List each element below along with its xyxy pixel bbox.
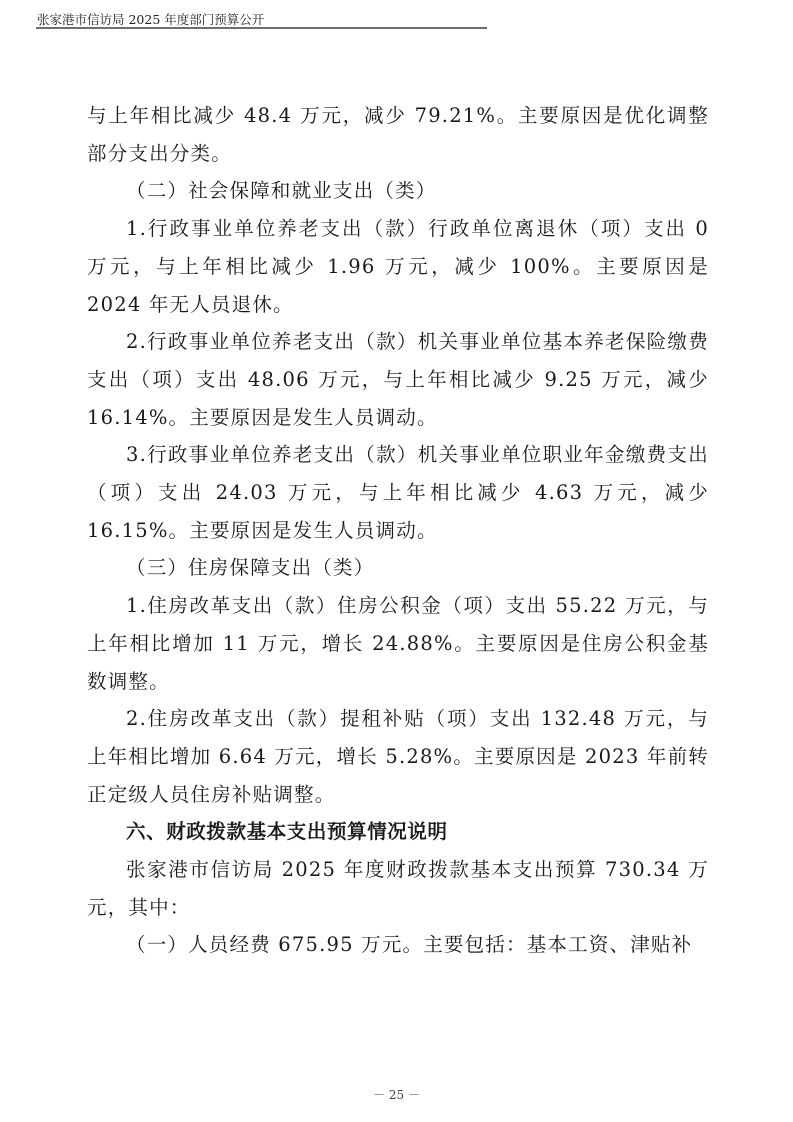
document-body: 与上年相比减少 48.4 万元，减少 79.21%。主要原因是优化调整部分支出分… <box>87 97 709 964</box>
paragraph-retirement: 1.行政事业单位养老支出（款）行政单位离退休（项）支出 0 万元，与上年相比减少… <box>87 210 709 323</box>
paragraph-rent-subsidy: 2.住房改革支出（款）提租补贴（项）支出 132.48 万元，与上年相比增加 6… <box>87 700 709 813</box>
paragraph-continuation: 与上年相比减少 48.4 万元，减少 79.21%。主要原因是优化调整部分支出分… <box>87 97 709 172</box>
section-heading-basic-expenditure: 六、财政拨款基本支出预算情况说明 <box>87 813 709 851</box>
paragraph-pension-insurance: 2.行政事业单位养老支出（款）机关事业单位基本养老保险缴费支出（项）支出 48.… <box>87 323 709 436</box>
paragraph-basic-expenditure-total: 张家港市信访局 2025 年度财政拨款基本支出预算 730.34 万元，其中： <box>87 851 709 926</box>
paragraph-occupational-annuity: 3.行政事业单位养老支出（款）机关事业单位职业年金缴费支出（项）支出 24.03… <box>87 436 709 549</box>
subheading-housing: （三）住房保障支出（类） <box>87 549 709 587</box>
paragraph-personnel-expenses: （一）人员经费 675.95 万元。主要包括：基本工资、津贴补 <box>87 926 709 964</box>
paragraph-housing-fund: 1.住房改革支出（款）住房公积金（项）支出 55.22 万元，与上年相比增加 1… <box>87 587 709 700</box>
page-number: － 25 － <box>0 1086 793 1103</box>
header-divider <box>36 27 487 29</box>
page-header-title: 张家港市信访局 2025 年度部门预算公开 <box>37 12 487 28</box>
subheading-social-security: （二）社会保障和就业支出（类） <box>87 172 709 210</box>
